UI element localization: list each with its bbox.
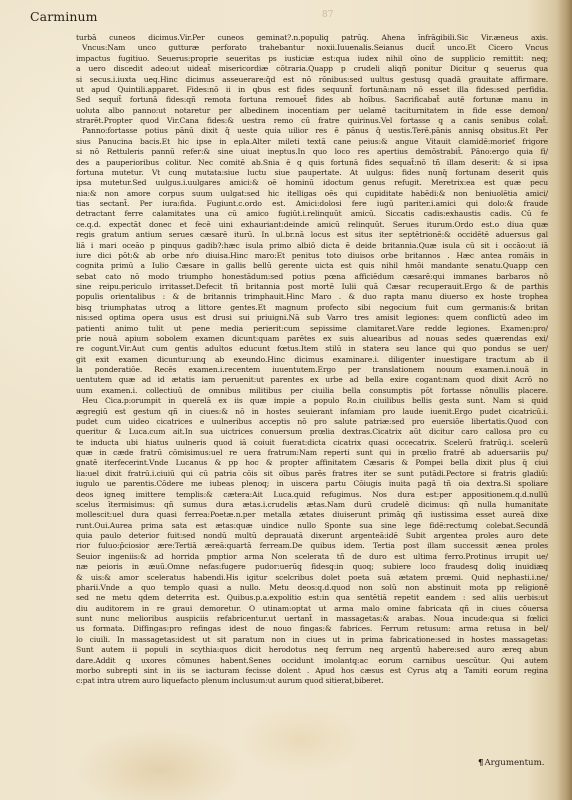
text-line: Sed sequit̄ fortunā fides:qñ remota fort… — [76, 95, 548, 105]
text-line: scelus ītermisimus: qñ sumus dura ætas.i… — [76, 500, 548, 510]
text-line: runt.Oui.Aurea prima sata est ætas:quæ u… — [76, 521, 548, 531]
text-line: gnatē iterfecerint.Vnde Lucanus & pp hoc… — [76, 458, 548, 468]
text-line: queritur & Luca.cum ait.In sua uictrices… — [76, 427, 548, 437]
text-line: rior fuluo:p̄ciosior ære:Tertiā æreā:qua… — [76, 541, 548, 551]
text-line: Heu Cica.p:orumpit in querelā ex iis quæ… — [76, 396, 548, 406]
folio-mark: 87 — [322, 10, 333, 20]
commentary-text-block: turbā cuneos dicimus.Vir.Per cuneos gemi… — [76, 33, 548, 687]
text-line: us formata. Diffingas:pro refingas idest… — [76, 624, 548, 634]
text-line: quia paulo deterior fuit:sed nondū multū… — [76, 531, 548, 541]
text-line: uoluta albo panno:ut notaretur per albed… — [76, 106, 548, 116]
catchword-text: Argumentum. — [484, 758, 544, 768]
text-line: tias sectant̄. Per iura:fida. Fugiunt.c.… — [76, 199, 548, 209]
text-line: des a pauperioribus colitur. Nec comitē … — [76, 158, 548, 168]
text-line: nis:sed optima opera usus est drusi sui … — [76, 313, 548, 323]
text-line: sebat cato nō modo triumpho honestādum:s… — [76, 272, 548, 282]
text-line: a uero discedit adeo:ut uideat̄ miserico… — [76, 64, 548, 74]
text-line: c:pat intra utrem auro liquefacto plenum… — [76, 676, 548, 686]
text-line: quæ in cæde fratrū cōmisimus:uel re uera… — [76, 448, 548, 458]
text-line: diu auditorem in re graui demoretur. O u… — [76, 604, 548, 614]
text-line: turbā cuneos dicimus.Vir.Per cuneos gemi… — [76, 33, 548, 43]
text-line: liā i mari oceāo p pinquus gadib?:hæc is… — [76, 241, 548, 251]
text-line: pharii.Vnde a quo templo quasi a nullo. … — [76, 583, 548, 593]
text-line: uentutem quæ ad id ætatis iam peruenit:u… — [76, 375, 548, 385]
text-line: impactus fugitiuo. Seuerus:proprie seuer… — [76, 54, 548, 64]
text-line: si secus.i.iuxta ueq.Hinc dicimus asseue… — [76, 75, 548, 85]
text-line: næ peioris in æuū.Omne nefas:fugere pudo… — [76, 562, 548, 572]
text-line: iugulo ue parentis.Cōdere me iubeas plen… — [76, 479, 548, 489]
text-line: regis gratum antium serues cæsarē iturū.… — [76, 230, 548, 240]
text-line: ce.q.d. expectāt donec et fecē uini exha… — [76, 220, 548, 230]
text-line: strarēt.Propter quod Vir.Cana fides:& ue… — [76, 116, 548, 126]
text-line: la ponderatiōe. Recēs examen.i.recentem … — [76, 365, 548, 375]
text-line: Vncus:Nam unco gutturæ perforato traheba… — [76, 43, 548, 53]
text-line: fortuna mutetur. Vt cunq̧ mutata:siue lu… — [76, 168, 548, 178]
text-line: populis orientalibus : & de britannis tr… — [76, 292, 548, 302]
text-line: bisq̧ triumphatas utroq̧ a littore gente… — [76, 303, 548, 313]
text-line: patienti animo tulit ut pene media perie… — [76, 324, 548, 334]
text-line: Sunt autem ii populi in scythia:quos dic… — [76, 645, 548, 655]
text-line: lia:uel dixit fratrū.i.ciuiū qui cū patr… — [76, 469, 548, 479]
text-line: lo ciuili. In massagetas:idest ut sit pa… — [76, 635, 548, 645]
book-page: Carminum 87 turbā cuneos dicimus.Vir.Per… — [0, 0, 572, 800]
text-line: sius Panucina bacis.Et hic ipse in epla.… — [76, 137, 548, 147]
catchword: ¶Argumentum. — [478, 758, 544, 768]
text-line: git exit examen dicuntur:unq̧ ab exeundo… — [76, 355, 548, 365]
text-line: ægregiū est gestum qñ in ciues:& nō in h… — [76, 407, 548, 417]
text-line: detractant ferre calamitates una cū amic… — [76, 209, 548, 219]
text-line: pudet cum uideo cicatrices e uulneribus … — [76, 417, 548, 427]
text-line: si nō Rettuleris pannū refer:& sine uiua… — [76, 147, 548, 157]
running-head: Carminum — [30, 9, 98, 24]
text-line: sunt nunc melioribus auspiciis refabrice… — [76, 614, 548, 624]
text-line: prie nouā apium sobolem examen dicunt:qu… — [76, 334, 548, 344]
pilcrow-icon: ¶ — [478, 758, 483, 768]
text-line: nia:& non amore corpus suum uulgat:sed h… — [76, 189, 548, 199]
text-line: ut apud Quintili.apparet. Fides:nō ii in… — [76, 85, 548, 95]
text-line: dare.Addit q̧ uxores cōmunes habent.Sene… — [76, 656, 548, 666]
text-line: & uis:& amor sceleratus habendi.His igit… — [76, 573, 548, 583]
text-line: re cogunt.Vir.Aut cum gentis adultos edu… — [76, 344, 548, 354]
text-line: Seuior ingeniis:& ad horrida pmptior arm… — [76, 552, 548, 562]
text-line: te inducta ubi hiatus uulneris quod iā c… — [76, 438, 548, 448]
text-line: iure dici pōt:& ab orbe nŕo diuisa.Hinc … — [76, 251, 548, 261]
text-line: ipsa mutetur.Sed uulgus.i.uulgares amici… — [76, 178, 548, 188]
text-line: cognita primū a Iulio Cæsare in gallis b… — [76, 261, 548, 271]
text-line: morbo subrepti sint in iis se iacturam f… — [76, 666, 548, 676]
text-line: deos igneq̧ imittere templis:& cætera:Ai… — [76, 490, 548, 500]
text-line: sine reipu.periculo irritasset.Defecit t… — [76, 282, 548, 292]
text-line: mollescit:uel dura quasi ferrea:Poetæ.n.… — [76, 510, 548, 520]
text-line: uum examen.i. collectiuū de omnibus mili… — [76, 386, 548, 396]
page-gutter-shadow — [558, 0, 572, 800]
text-line: Panno:fortasse potius pānū dixit q̄ uest… — [76, 126, 548, 136]
text-line: sed ne metu qdem deterrita est. Quibus.p… — [76, 593, 548, 603]
